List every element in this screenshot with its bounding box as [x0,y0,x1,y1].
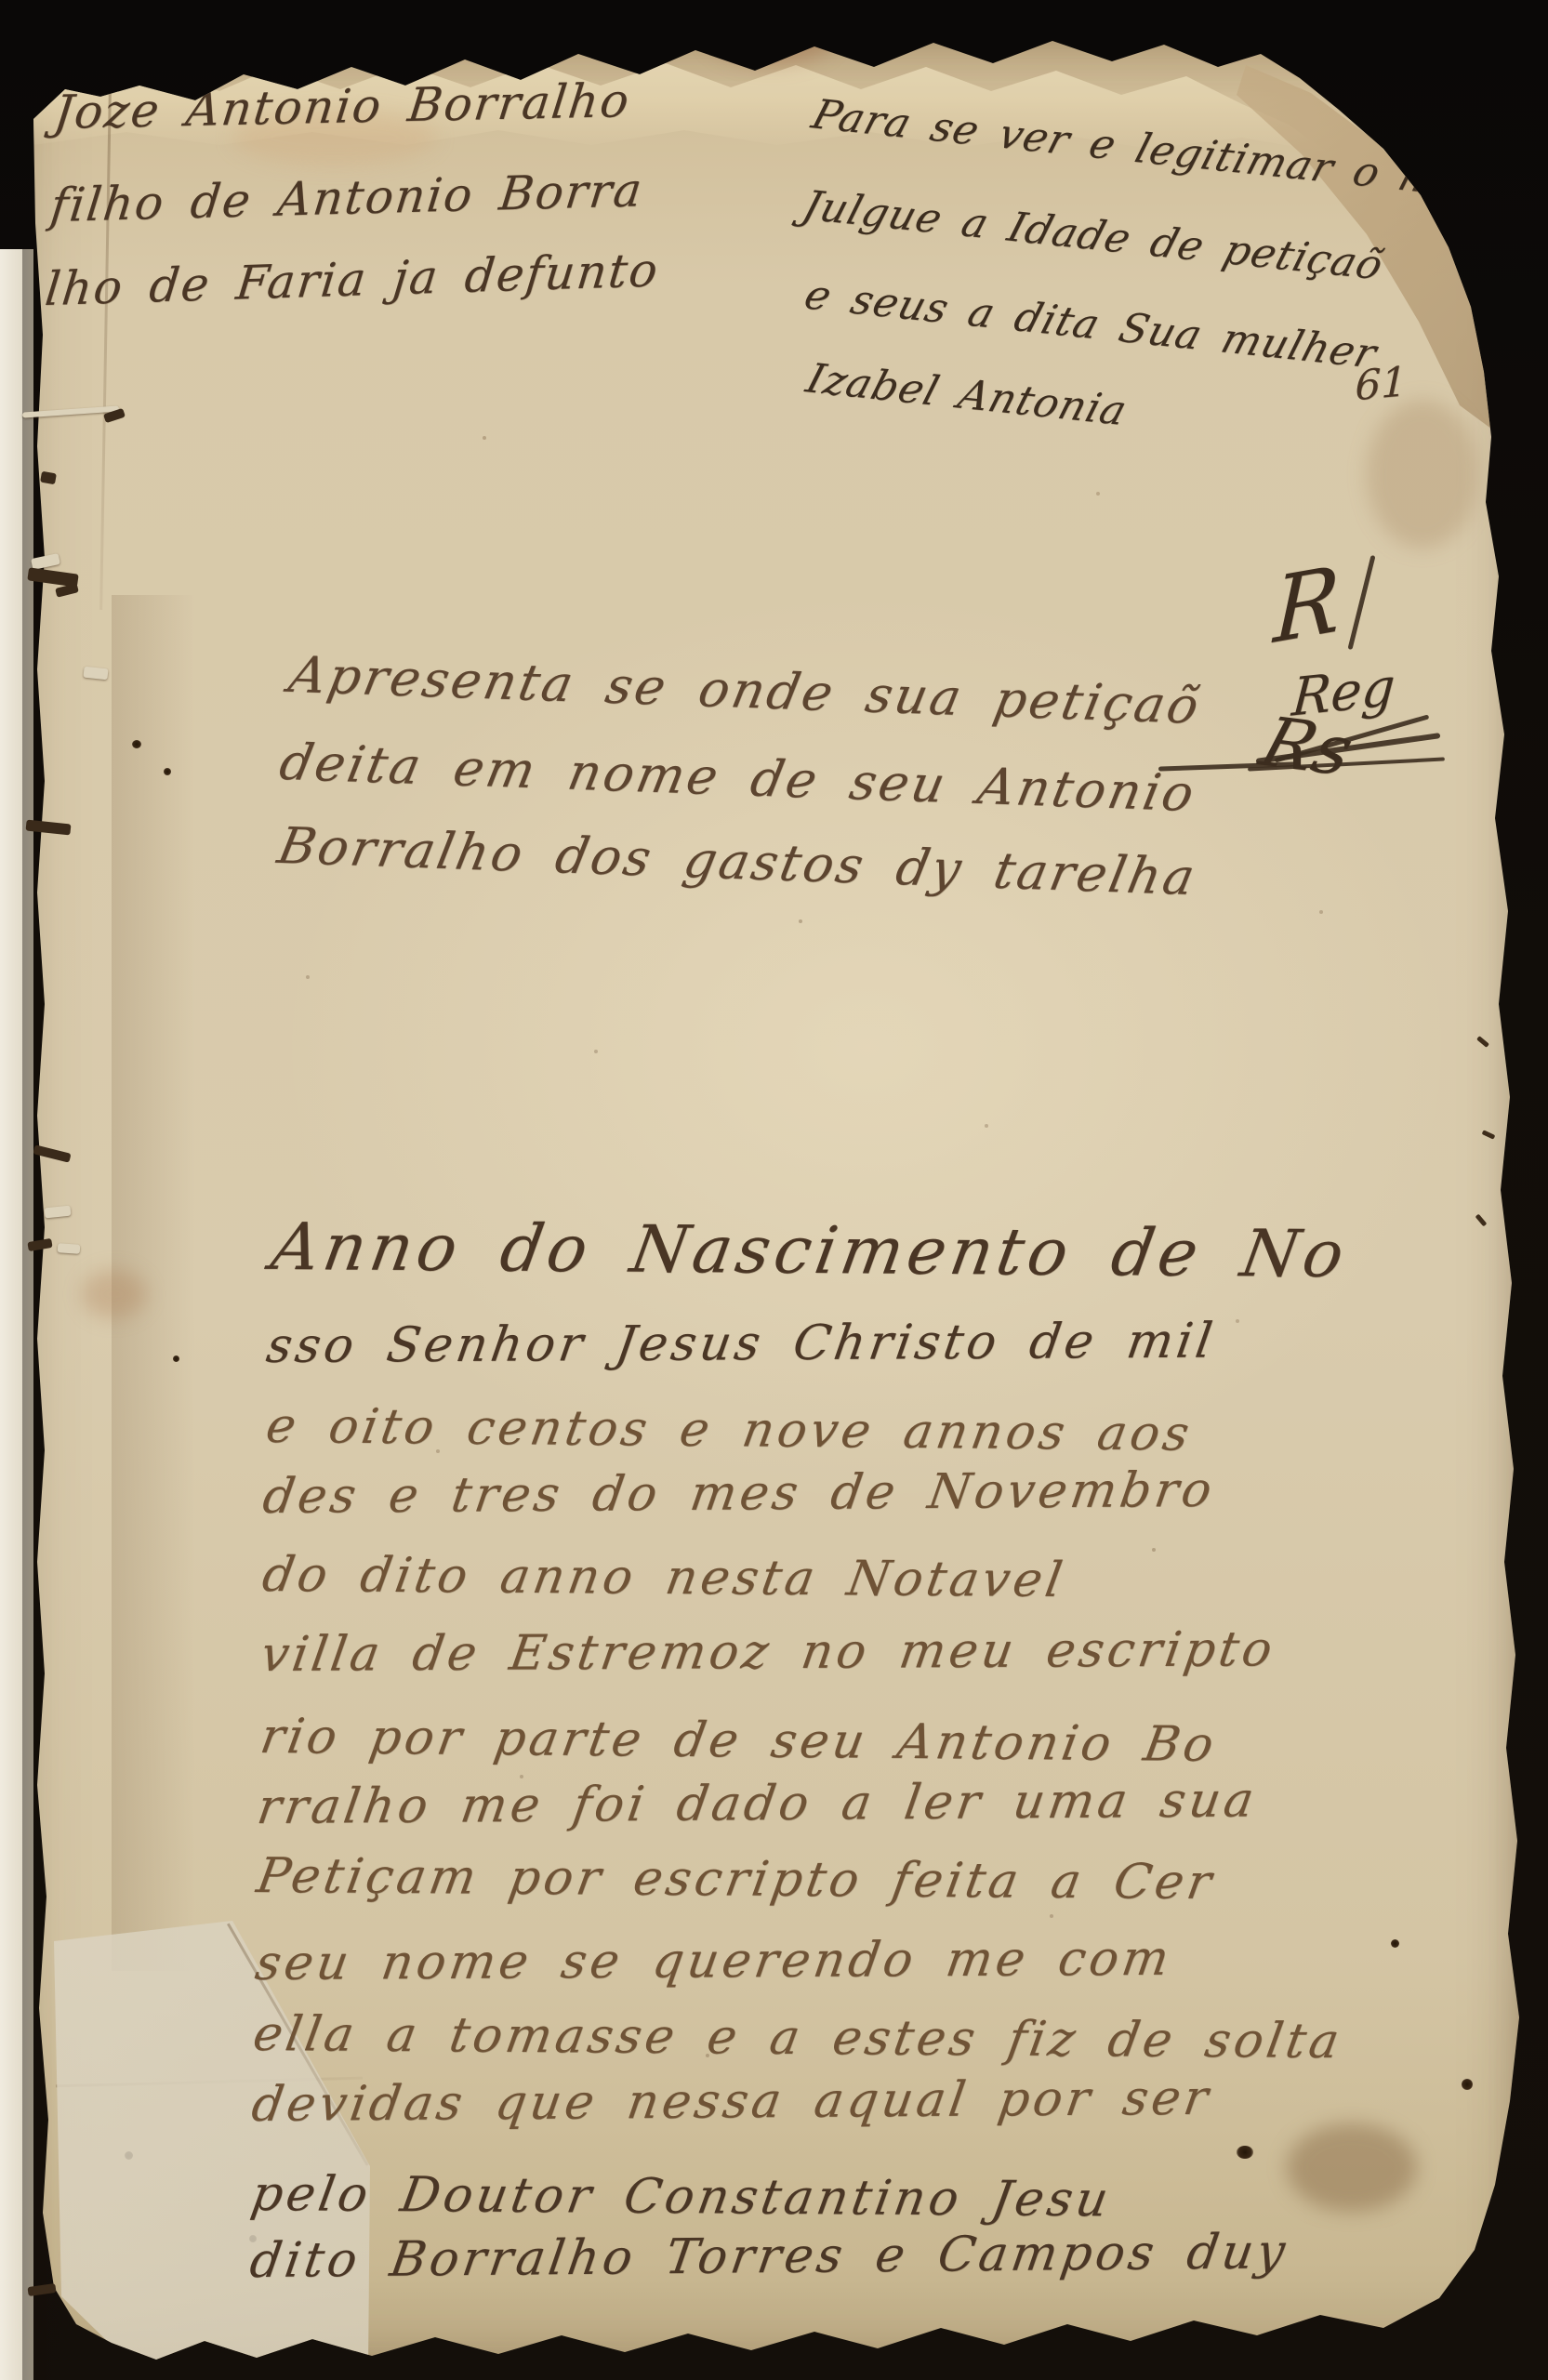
handwriting-line: Borralho dos gastos dy tarelha [273,816,1202,906]
handwriting-line: Izabel Antonia [801,355,1132,435]
manuscript-photo: Joze Antonio Borralho filho de Antonio B… [0,0,1548,2380]
handwriting-line: e seus a dita Sua mulher [800,271,1383,377]
vertical-crease [99,89,112,610]
body-line: do dito anno nesta Notavel [258,1547,1069,1608]
stain [1367,400,1478,549]
edge-mark [1476,1036,1489,1048]
stain [707,0,837,65]
body-line: rralho me foi dado a ler uma sua [254,1773,1261,1836]
rubric-mark: R [1272,546,1342,664]
body-line: seu nome se querendo me com [252,1931,1176,1991]
body-line: e oito centos e nove annos aos [262,1398,1197,1462]
body-line: rio por parte de seu Antonio Bo [257,1709,1221,1773]
wormhole [1462,2079,1473,2090]
body-line: pelo Doutor Constantino Jesu [247,2166,1116,2228]
body-line: Petiçam por escripto feita a Cer [253,1848,1219,1911]
wormhole [132,740,141,748]
handwriting-line: filho de Antonio Borra [47,163,646,232]
ink-dot [1237,2146,1253,2159]
manuscript-page: Joze Antonio Borralho filho de Antonio B… [0,0,1548,2380]
stain [82,1270,147,1318]
body-line: ella a tomasse e a estes fiz de solta [249,2006,1346,2069]
handwriting-line: deita em nome de seu Antonio [275,733,1201,823]
edge-mark [1482,1130,1496,1139]
wormhole [164,768,171,775]
paper-specks [0,0,2,2]
body-line: devidas que nessa aqual por ser [248,2070,1215,2133]
body-line: dito Borralho Torres e Campos duy [246,2224,1292,2289]
body-line: des e tres do mes de Novembro [259,1462,1219,1525]
stitch-thread [83,667,108,681]
handwriting-line: Apresenta se onde sua petiçaõ [284,645,1207,735]
stain [1287,2123,1417,2212]
wormhole [125,2151,133,2160]
handwriting-line: Julgue a Idade de petiçaõ [798,182,1389,289]
wormhole [1391,1939,1399,1948]
stitch-thread [58,1243,81,1254]
body-line: Anno do Nascimento de No [266,1209,1354,1292]
rubric-stroke [1347,555,1375,650]
folio-number: 61 [1355,358,1408,410]
body-line: sso Senhor Jesus Christo de mil [263,1314,1220,1374]
body-line: villa de Estremoz no meu escripto [258,1621,1279,1683]
handwriting-line: lho de Faria ja defunto [43,243,662,316]
stitch-knot [40,471,57,485]
wormhole [173,1355,179,1362]
edge-mark [1475,1214,1488,1227]
